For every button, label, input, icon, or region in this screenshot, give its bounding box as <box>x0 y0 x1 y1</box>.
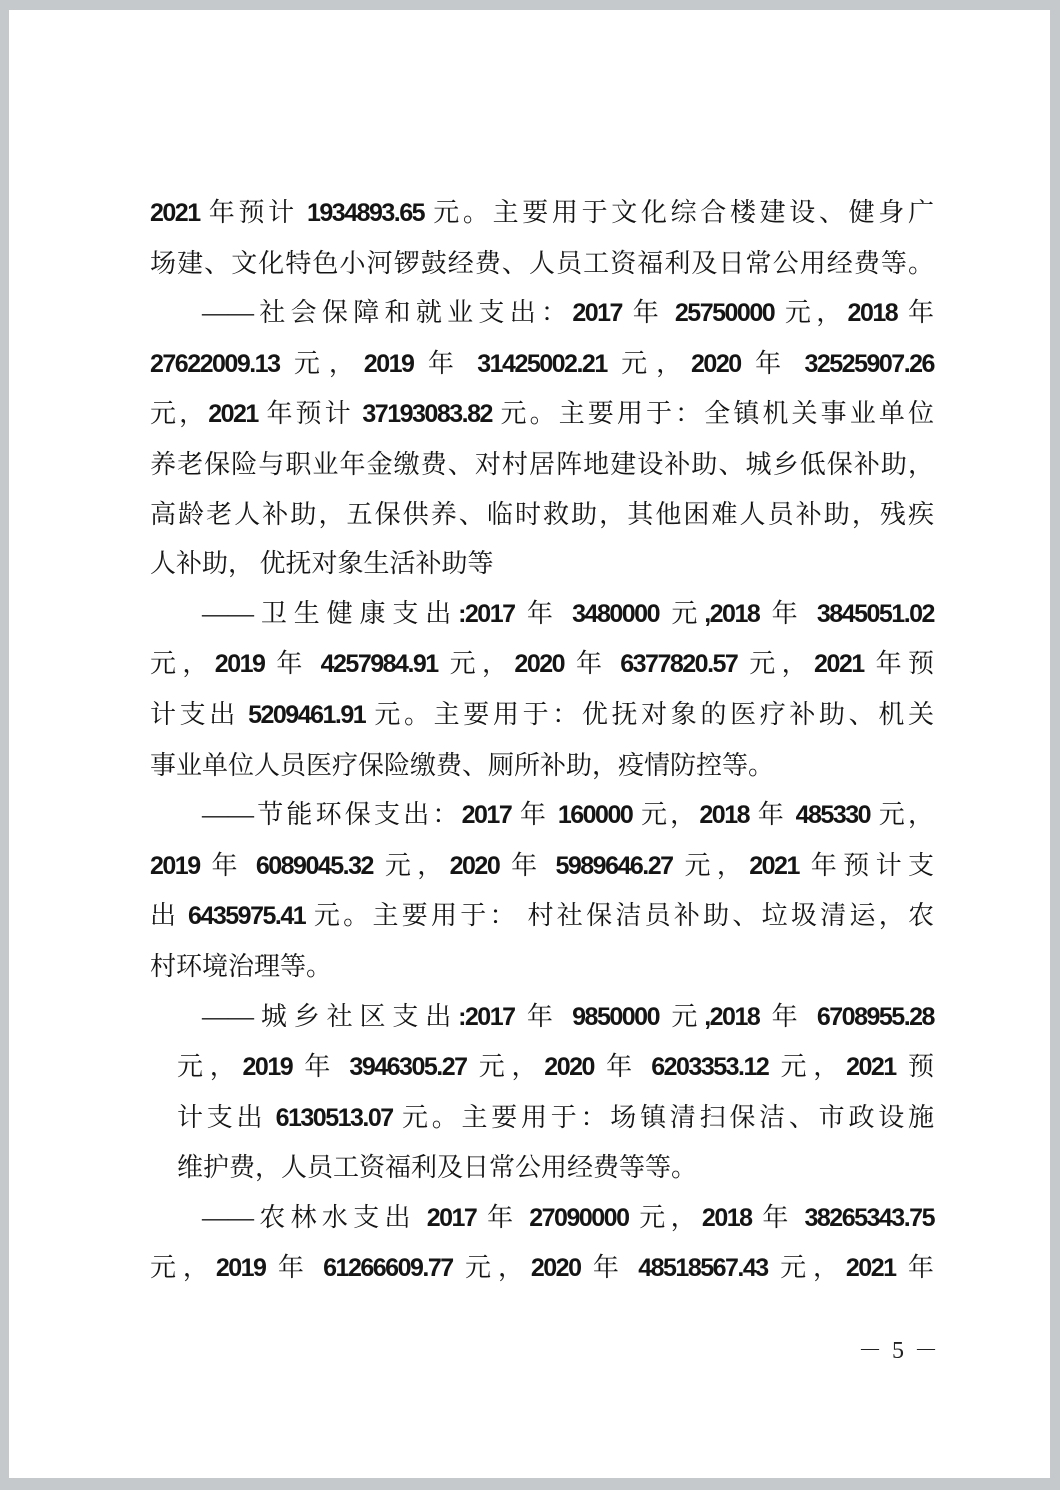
numeric-text: 2019 <box>150 852 200 880</box>
numeric-text: ,2018 <box>704 1003 759 1031</box>
numeric-text: 2017 <box>462 801 512 829</box>
text-line: 计支出 6130513.07 元。主要用于：场镇清扫保洁、市政设施 <box>150 1093 934 1144</box>
numeric-text: 61266609.77 <box>323 1254 452 1282</box>
paragraph-culture-expenditure-continuation: 2021 年预计 1934893.65 元。主要用于文化综合楼建设、健身广 场建… <box>150 188 934 288</box>
numeric-text: 27090000 <box>529 1204 628 1232</box>
numeric-text: 6089045.32 <box>256 852 373 880</box>
numeric-text: 5209461.91 <box>248 701 365 729</box>
numeric-text: 3946305.27 <box>349 1053 466 1081</box>
text-line: ——节能环保支出：2017 年 160000 元，2018 年 485330 元… <box>150 790 934 841</box>
text-line: 元，2021 年预计 37193083.82 元。主要用于：全镇机关事业单位 <box>150 389 934 440</box>
numeric-text: 6130513.07 <box>276 1104 393 1132</box>
paragraph-health-expenditure: ——卫生健康支出:2017 年 3480000 元,2018 年 3845051… <box>150 589 934 790</box>
text-line: 2021 年预计 1934893.65 元。主要用于文化综合楼建设、健身广 <box>150 188 934 239</box>
numeric-text: 2021 <box>846 1053 896 1081</box>
numeric-text: 2017 <box>427 1204 477 1232</box>
text-line: ——卫生健康支出:2017 年 3480000 元,2018 年 3845051… <box>150 589 934 640</box>
text-line: 场建、文化特色小河锣鼓经费、人员工资福利及日常公用经费等。 <box>150 239 934 289</box>
numeric-text: 6708955.28 <box>817 1003 934 1031</box>
numeric-text: 9850000 <box>572 1003 659 1031</box>
numeric-text: 3480000 <box>572 600 659 628</box>
text-line: 元，2019 年 3946305.27 元，2020 年 6203353.12 … <box>150 1042 934 1093</box>
text-line: ——社会保障和就业支出：2017 年 25750000 元，2018 年 <box>150 288 934 339</box>
numeric-text: :2017 <box>458 1003 514 1031</box>
numeric-text: 25750000 <box>675 299 774 327</box>
numeric-text: 4257984.91 <box>321 650 438 678</box>
numeric-text: 38265343.75 <box>804 1204 933 1232</box>
numeric-text: 31425002.21 <box>477 350 606 378</box>
paragraph-energy-environment-expenditure: ——节能环保支出：2017 年 160000 元，2018 年 485330 元… <box>150 790 934 991</box>
paragraph-urban-rural-community-expenditure: ——城乡社区支出:2017 年 9850000 元,2018 年 6708955… <box>150 992 934 1193</box>
text-line: 27622009.13 元，2019 年 31425002.21 元，2020 … <box>150 339 934 390</box>
text-line: 村环境治理等。 <box>150 942 934 992</box>
numeric-text: 2021 <box>208 400 258 428</box>
numeric-text: 32525907.26 <box>804 350 933 378</box>
numeric-text: 2020 <box>514 650 564 678</box>
text-line: ——农林水支出 2017 年 27090000 元，2018 年 3826534… <box>150 1193 934 1244</box>
paragraph-agriculture-forestry-water-expenditure: ——农林水支出 2017 年 27090000 元，2018 年 3826534… <box>150 1193 934 1294</box>
numeric-text: 5989646.27 <box>555 852 672 880</box>
numeric-text: 2020 <box>691 350 741 378</box>
numeric-text: 2021 <box>749 852 799 880</box>
numeric-text: 2018 <box>699 801 749 829</box>
page-number: － 5 － <box>858 1336 940 1366</box>
numeric-text: 2021 <box>150 199 200 227</box>
numeric-text: 2021 <box>814 650 864 678</box>
numeric-text: 2018 <box>848 299 898 327</box>
numeric-text: 37193083.82 <box>362 400 491 428</box>
numeric-text: 160000 <box>558 801 632 829</box>
numeric-text: 485330 <box>796 801 870 829</box>
text-line: 养老保险与职业年金缴费、对村居阵地建设补助、城乡低保补助， <box>150 440 934 490</box>
numeric-text: 2020 <box>450 852 500 880</box>
numeric-text: 48518567.43 <box>638 1254 767 1282</box>
numeric-text: 1934893.65 <box>307 199 424 227</box>
text-line: ——城乡社区支出:2017 年 9850000 元,2018 年 6708955… <box>150 992 934 1043</box>
paragraph-social-security-employment-expenditure: ——社会保障和就业支出：2017 年 25750000 元，2018 年 276… <box>150 288 934 589</box>
text-line: 维护费，人员工资福利及日常公用经费等等。 <box>150 1143 934 1193</box>
text-line: 出 6435975.41 元。主要用于： 村社保洁员补助、垃圾清运，农 <box>150 891 934 942</box>
text-line: 高龄老人补助，五保供养、临时救助，其他困难人员补助，残疾 <box>150 490 934 540</box>
numeric-text: ,2018 <box>704 600 759 628</box>
numeric-text: 6435975.41 <box>188 902 305 930</box>
numeric-text: 3845051.02 <box>817 600 934 628</box>
text-line: 人补助， 优抚对象生活补助等 <box>150 539 934 589</box>
numeric-text: 2018 <box>702 1204 752 1232</box>
text-line: 元，2019 年 61266609.77 元，2020 年 48518567.4… <box>150 1243 934 1294</box>
numeric-text: 2021 <box>846 1254 896 1282</box>
text-line: 元，2019 年 4257984.91 元，2020 年 6377820.57 … <box>150 639 934 690</box>
numeric-text: 6377820.57 <box>620 650 737 678</box>
numeric-text: 2020 <box>531 1254 581 1282</box>
numeric-text: 2017 <box>572 299 622 327</box>
text-line: 事业单位人员医疗保险缴费、厕所补助，疫情防控等。 <box>150 741 934 791</box>
text-line: 2019 年 6089045.32 元，2020 年 5989646.27 元，… <box>150 841 934 892</box>
numeric-text: 6203353.12 <box>651 1053 768 1081</box>
document-page: 2021 年预计 1934893.65 元。主要用于文化综合楼建设、健身广 场建… <box>9 10 1050 1478</box>
numeric-text: 2019 <box>216 1254 266 1282</box>
text-line: 计支出 5209461.91 元。主要用于：优抚对象的医疗补助、机关 <box>150 690 934 741</box>
numeric-text: 2019 <box>364 350 414 378</box>
numeric-text: 2019 <box>243 1053 293 1081</box>
numeric-text: 2019 <box>215 650 265 678</box>
numeric-text: 2020 <box>544 1053 594 1081</box>
document-body-text: 2021 年预计 1934893.65 元。主要用于文化综合楼建设、健身广 场建… <box>150 188 934 1294</box>
numeric-text: 27622009.13 <box>150 350 279 378</box>
numeric-text: :2017 <box>458 600 514 628</box>
